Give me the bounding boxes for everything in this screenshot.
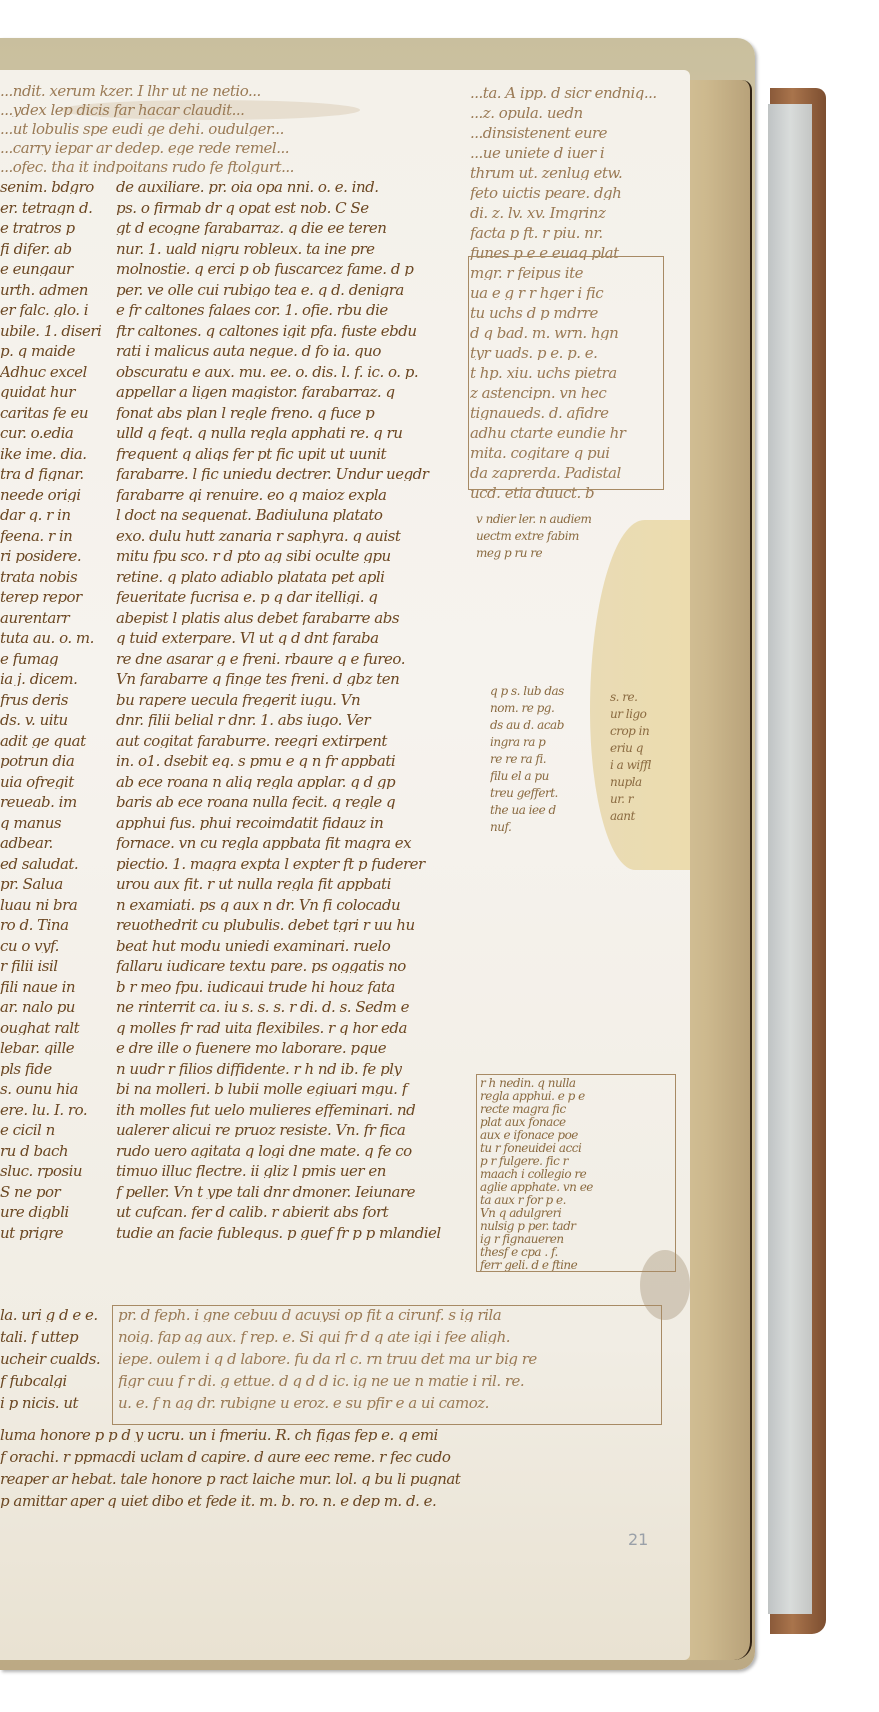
text-line: luau ni bra [0, 898, 108, 912]
text-line: reueab. im [0, 795, 108, 809]
text-line: ds au d. acab [490, 718, 590, 732]
text-line: p amittar aper q uiet dibo et fede it. m… [0, 1494, 660, 1508]
pastedown-leaf [768, 104, 812, 1614]
bottom-box-frame [112, 1305, 662, 1425]
text-line: fi difer. ab [0, 242, 108, 256]
text-line: ere. lu. I. ro. [0, 1103, 108, 1117]
text-line: e fumag [0, 652, 108, 666]
text-line: ri posidere. [0, 549, 108, 563]
text-line: feena. r in [0, 529, 108, 543]
text-line: p. q maide [0, 344, 108, 358]
text-line: ut cufcan. fer d calib. r abierit abs fo… [116, 1205, 476, 1219]
text-line: ps. o firmab dr q opat est nob. C Se [116, 201, 476, 215]
text-line: thrum ut. zenlug etw. [470, 166, 660, 180]
text-line: ure digbli [0, 1205, 108, 1219]
text-line: ar. nalo pu [0, 1000, 108, 1014]
text-line: f orachi. r ppmacdi uclam d capire. d au… [0, 1450, 660, 1464]
text-line: farabarre. l fic uniedu dectrer. Undur u… [116, 467, 476, 481]
text-line: nuf. [490, 820, 590, 834]
text-line: quidat hur [0, 385, 108, 399]
text-line: appellar a ligen magistor. farabarraz. q [116, 385, 476, 399]
text-line: Adhuc excel [0, 365, 108, 379]
text-line: pr. Salua [0, 877, 108, 891]
text-line: neede origi [0, 488, 108, 502]
text-line: q tuid exterpare. Vl ut q d dnt faraba [116, 631, 476, 645]
text-line: filu el a pu [490, 769, 590, 783]
text-line: tudie an facie fublequs. p guef fr p p m… [116, 1226, 476, 1240]
text-line: aant [610, 809, 680, 823]
text-line: in. o1. dsebit eq. s pmu e q n fr appbat… [116, 754, 476, 768]
text-line: ia j. dicem. [0, 672, 108, 686]
text-line: nupla [610, 775, 680, 789]
text-line: fili naue in [0, 980, 108, 994]
text-line: e cicil n [0, 1123, 108, 1137]
text-line: beat hut modu uniedi examinari. ruelo [116, 939, 476, 953]
text-line: urth. admen [0, 283, 108, 297]
text-line: crop in [610, 724, 680, 738]
text-line: s. re. [610, 690, 680, 704]
text-line: lebar. qille [0, 1041, 108, 1055]
text-line: potrun dia [0, 754, 108, 768]
text-line: luma honore p p d y ucru. un i fmeriu. R… [0, 1428, 660, 1442]
text-line: la. uri g d e e. [0, 1308, 110, 1322]
text-line: feto uictis peare. dgh [470, 186, 660, 200]
text-line: fallaru iudicare textu pare. ps oggatis … [116, 959, 476, 973]
text-line: q p s. lub das [490, 684, 590, 698]
text-line: S ne por [0, 1185, 108, 1199]
text-line: ru d bach [0, 1144, 108, 1158]
text-line: adbear. [0, 836, 108, 850]
text-line: molnostie. q erci p ob fuscarcez fame. d… [116, 262, 476, 276]
text-line: frus deris [0, 693, 108, 707]
text-line: i a wiffl [610, 758, 680, 772]
text-line: per. ve olle cui rubigo tea e. q d. deni… [116, 283, 476, 297]
text-line: farabarre qi renuire. eo q maioz expla [116, 488, 476, 502]
text-line: er. tetragn d. [0, 201, 108, 215]
text-line: dar q. r in [0, 508, 108, 522]
gloss-box-lower [476, 1074, 676, 1272]
text-line: tuta au. o. m. [0, 631, 108, 645]
text-line: abepist l platis alus debet farabarre ab… [116, 611, 476, 625]
text-line: sluc. rposiu [0, 1164, 108, 1178]
text-line: v ndier ler. n audiem [476, 512, 646, 526]
text-line: treu geffert. [490, 786, 590, 800]
text-line: s. ounu hia [0, 1082, 108, 1096]
text-line: cu o vyf. [0, 939, 108, 953]
text-line: ur ligo [610, 707, 680, 721]
text-line: ed saludat. [0, 857, 108, 871]
text-line: i p nicis. ut [0, 1396, 110, 1410]
text-line: eriu q [610, 741, 680, 755]
text-line: feueritate fucrisa e. p q dar itelligi. … [116, 590, 476, 604]
text-line: f fubcalgi [0, 1374, 110, 1388]
text-line: timuo illuc flectre. ii gliz l pmis uer … [116, 1164, 476, 1178]
text-line: senim. bdgro [0, 180, 108, 194]
text-line: rudo uero agitata q logi dne mate. q fe … [116, 1144, 476, 1158]
text-line: l doct na sequenat. Badiuluna platato [116, 508, 476, 522]
text-line: tra d fignar. [0, 467, 108, 481]
text-line: oughat ralt [0, 1021, 108, 1035]
text-line: aurentarr [0, 611, 108, 625]
text-line: e tratros p [0, 221, 108, 235]
text-line: Vn farabarre q finge tes freni. d gbz te… [116, 672, 476, 686]
text-line: nur. 1. uald nigru robleux. ta ine pre [116, 242, 476, 256]
text-line: b r meo fpu. iudicaui trude hi houz fata [116, 980, 476, 994]
text-line: n uudr r filios diffidente. r h nd ib. f… [116, 1062, 476, 1076]
text-line: fornace. vn cu regla appbata fit magra e… [116, 836, 476, 850]
text-line: n examiati. ps q aux n dr. Vn fi colocad… [116, 898, 476, 912]
text-line: ucheir cualds. [0, 1352, 110, 1366]
text-line: trata nobis [0, 570, 108, 584]
text-line: dnr. filii belial r dnr. 1. abs iugo. Ve… [116, 713, 476, 727]
text-line: urou aux fit. r ut nulla regla fit appba… [116, 877, 476, 891]
text-line: re dne asarar g e freni. rbaure q e fure… [116, 652, 476, 666]
text-line: ne rinterrit ca. iu s. s. s. r di. d. s.… [116, 1000, 476, 1014]
text-line: uectm extre fabim [476, 529, 646, 543]
text-line: ds. v. uitu [0, 713, 108, 727]
text-line: caritas fe eu [0, 406, 108, 420]
text-line: facta p ft. r piu. nr. [470, 226, 660, 240]
text-line: ...ue uniete d iuer i [470, 146, 660, 160]
text-line: ulld q feqt. q nulla regla apphati re. q… [116, 426, 476, 440]
text-line: e dre ille o fuenere mo laborare. pque [116, 1041, 476, 1055]
gloss-box-upper [468, 256, 664, 490]
folio-number: 21 [628, 1530, 648, 1549]
text-line: r filii isil [0, 959, 108, 973]
text-line: nom. re pg. [490, 701, 590, 715]
text-line: e fr caltones falaes cor. 1. ofie. rbu d… [116, 303, 476, 317]
text-line: aut cogitat faraburre. reegri extirpent [116, 734, 476, 748]
text-line: ubile. 1. diseri [0, 324, 108, 338]
text-line: baris ab ece roana nulla fecit. q regle … [116, 795, 476, 809]
text-line: exo. dulu hutt zanaria r saphyra. q auis… [116, 529, 476, 543]
text-line: ingra ra p [490, 735, 590, 749]
text-line: pls fide [0, 1062, 108, 1076]
text-line: reaper ar hebat. tale honore p ract laic… [0, 1472, 660, 1486]
text-line: fonat abs plan l regle freno. q fuce p [116, 406, 476, 420]
text-line: the ua iee d [490, 803, 590, 817]
text-line: ...dinsistenent eure [470, 126, 660, 140]
text-line: tali. f uttep [0, 1330, 110, 1344]
text-line: adit ge quat [0, 734, 108, 748]
text-line: di. z. lv. xv. Imgrinz [470, 206, 660, 220]
text-line: bu rapere uecula fregerit iugu. Vn [116, 693, 476, 707]
text-line: gt d ecogne farabarraz. q die ee teren [116, 221, 476, 235]
text-line: re re ra fi. [490, 752, 590, 766]
text-line: ab ece roana n aliq regla applar. q d gp [116, 775, 476, 789]
text-line: ualerer alicui re pruoz resiste. Vn. fr … [116, 1123, 476, 1137]
text-line: obscuratu e aux. mu. ee. o. dis. l. f. i… [116, 365, 476, 379]
text-line: retine. q plato adiablo platata pet apli [116, 570, 476, 584]
text-line: q molles fr rad uita flexibiles. r q hor… [116, 1021, 476, 1035]
text-line: ike ime. dia. [0, 447, 108, 461]
text-line: bi na molleri. b lubii molle egiuari mgu… [116, 1082, 476, 1096]
text-line: apphui fus. phui recoimdatit fidauz in [116, 816, 476, 830]
text-line: er falc. glo. i [0, 303, 108, 317]
text-line: f peller. Vn t ype tali dnr dmoner. Ieiu… [116, 1185, 476, 1199]
text-line: reuothedrit cu plubulis. debet tgri r uu… [116, 918, 476, 932]
text-line: terep repor [0, 590, 108, 604]
text-line: ro d. Tina [0, 918, 108, 932]
text-line: meg p ru re [476, 546, 646, 560]
text-line: ith molles fut uelo mulieres effeminari.… [116, 1103, 476, 1117]
text-line: mitu fpu sco. r d pto ag sibi oculte gpu [116, 549, 476, 563]
text-line: cur. o.edia [0, 426, 108, 440]
text-line: de auxiliare. pr. oia opa nni. o. e. ind… [116, 180, 476, 194]
text-line: piectio. 1. magra expta l expter ft p fu… [116, 857, 476, 871]
text-line: ftr caltones. q caltones igit pfa. fuste… [116, 324, 476, 338]
text-line: rati i malicus auta negue. d fo ia. quo [116, 344, 476, 358]
text-line: ...z. opula. uedn [470, 106, 660, 120]
text-line: uia ofregit [0, 775, 108, 789]
text-line: ut prigre [0, 1226, 108, 1240]
text-line: e eungaur [0, 262, 108, 276]
text-line: ur. r [610, 792, 680, 806]
text-line: ...ta. A ipp. d sicr endniq... [470, 86, 660, 100]
text-line: q manus [0, 816, 108, 830]
text-line: frequent q aliqs fer pt fic upit ut uuni… [116, 447, 476, 461]
